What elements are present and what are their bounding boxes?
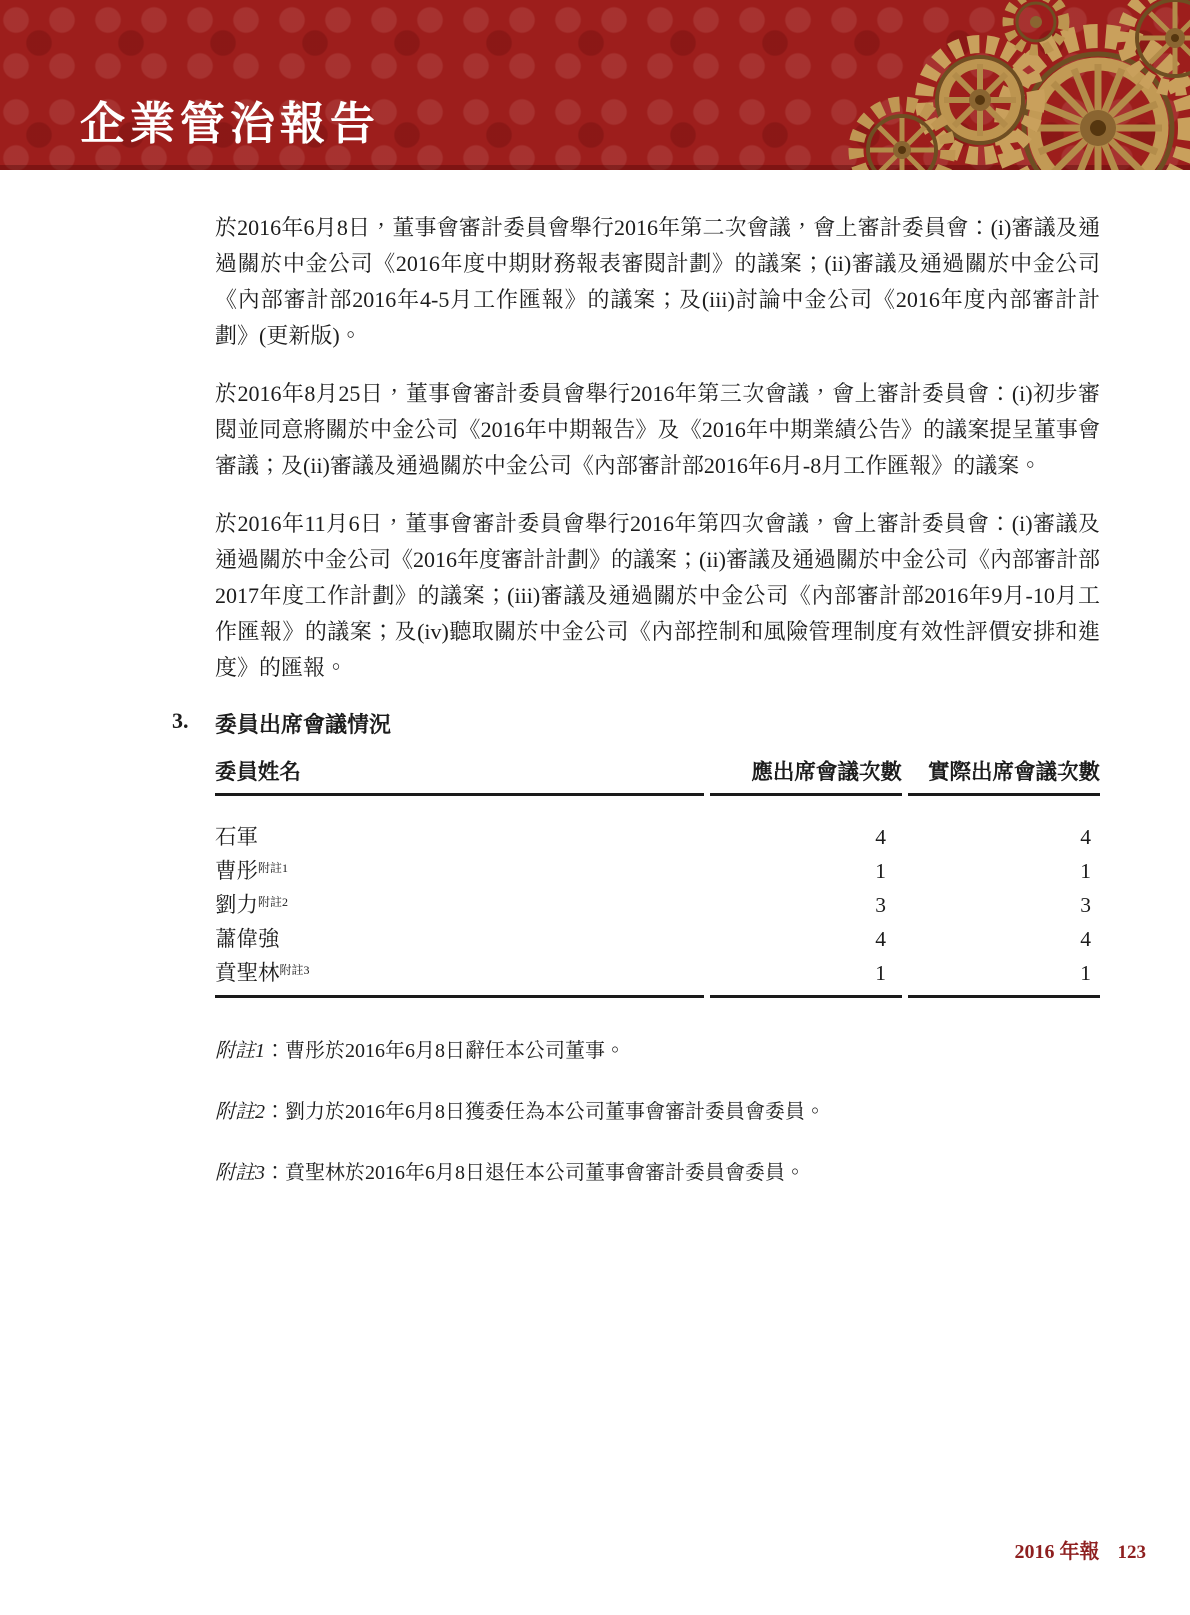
table-row: 劉力附註2 3 3: [215, 888, 1100, 922]
actual-meetings-cell: 1: [908, 854, 1100, 888]
footnote-separator: ：: [265, 1162, 285, 1184]
page-banner: 企業管治報告: [0, 0, 1190, 170]
footnote: 附註3：賁聖林於2016年6月8日退任本公司董事會審計委員會委員。: [215, 1158, 1100, 1188]
member-name: 蕭偉強: [215, 922, 704, 956]
report-page: 企業管治報告: [0, 0, 1190, 1615]
section-number: 3.: [172, 708, 215, 739]
table-row: 賁聖林附註3 1 1: [215, 956, 1100, 998]
required-meetings-cell: 3: [710, 888, 902, 922]
section-heading: 3. 委員出席會議情況: [172, 708, 1100, 739]
table-row: 蕭偉強 4 4: [215, 922, 1100, 956]
page-footer: 2016 年報123: [1015, 1535, 1147, 1564]
table-row: 石軍 4 4: [215, 796, 1100, 854]
footnote-text: 曹彤於2016年6月8日辭任本公司董事。: [285, 1040, 625, 1062]
required-meetings-cell: 1: [710, 854, 902, 888]
actual-meetings-cell: 1: [908, 956, 1100, 998]
section-title: 委員出席會議情況: [215, 708, 391, 739]
required-meetings-cell: 1: [710, 956, 902, 998]
member-name: 石軍: [215, 796, 704, 854]
footnote-text: 賁聖林於2016年6月8日退任本公司董事會審計委員會委員。: [285, 1162, 805, 1184]
note-superscript: 附註2: [258, 895, 288, 909]
required-meetings-cell: 4: [710, 796, 902, 854]
member-name: 賁聖林附註3: [215, 956, 704, 998]
actual-meetings-cell: 4: [908, 796, 1100, 854]
column-header-actual-attendance: 實際出席會議次數: [908, 755, 1100, 796]
footnote: 附註1：曹彤於2016年6月8日辭任本公司董事。: [215, 1036, 1100, 1066]
actual-meetings-cell: 4: [908, 922, 1100, 956]
paragraph-meeting-3: 於2016年8月25日，董事會審計委員會舉行2016年第三次會議，會上審計委員會…: [215, 376, 1100, 484]
column-header-member-name: 委員姓名: [215, 755, 704, 796]
paragraph-meeting-4: 於2016年11月6日，董事會審計委員會舉行2016年第四次會議，會上審計委員會…: [215, 506, 1100, 686]
footnote-label: 附註2: [215, 1101, 265, 1123]
required-meetings-cell: 4: [710, 922, 902, 956]
member-name: 曹彤附註1: [215, 854, 704, 888]
footnote-label: 附註3: [215, 1162, 265, 1184]
page-content: 於2016年6月8日，董事會審計委員會舉行2016年第二次會議，會上審計委員會：…: [0, 170, 1190, 1188]
table-row: 曹彤附註1 1 1: [215, 854, 1100, 888]
note-superscript: 附註3: [280, 963, 310, 977]
column-header-required-attendance: 應出席會議次數: [710, 755, 902, 796]
note-superscript: 附註1: [258, 861, 288, 875]
footnote-separator: ：: [265, 1101, 285, 1123]
report-name: 2016 年報: [1015, 1541, 1100, 1563]
page-title: 企業管治報告: [80, 102, 380, 147]
footnote-separator: ：: [265, 1040, 285, 1062]
gears-illustration: [830, 0, 1190, 170]
footnote-text: 劉力於2016年6月8日獲委任為本公司董事會審計委員會委員。: [285, 1101, 825, 1123]
actual-meetings-cell: 3: [908, 888, 1100, 922]
footnotes: 附註1：曹彤於2016年6月8日辭任本公司董事。 附註2：劉力於2016年6月8…: [215, 1036, 1100, 1188]
member-name: 劉力附註2: [215, 888, 704, 922]
paragraph-meeting-2: 於2016年6月8日，董事會審計委員會舉行2016年第二次會議，會上審計委員會：…: [215, 210, 1100, 354]
footnote-label: 附註1: [215, 1040, 265, 1062]
table-header-row: 委員姓名 應出席會議次數 實際出席會議次數: [215, 755, 1100, 796]
footnote: 附註2：劉力於2016年6月8日獲委任為本公司董事會審計委員會委員。: [215, 1097, 1100, 1127]
page-number: 123: [1118, 1542, 1147, 1563]
attendance-table: 委員姓名 應出席會議次數 實際出席會議次數 石軍 4 4 曹彤附註1 1 1 劉…: [209, 755, 1106, 998]
